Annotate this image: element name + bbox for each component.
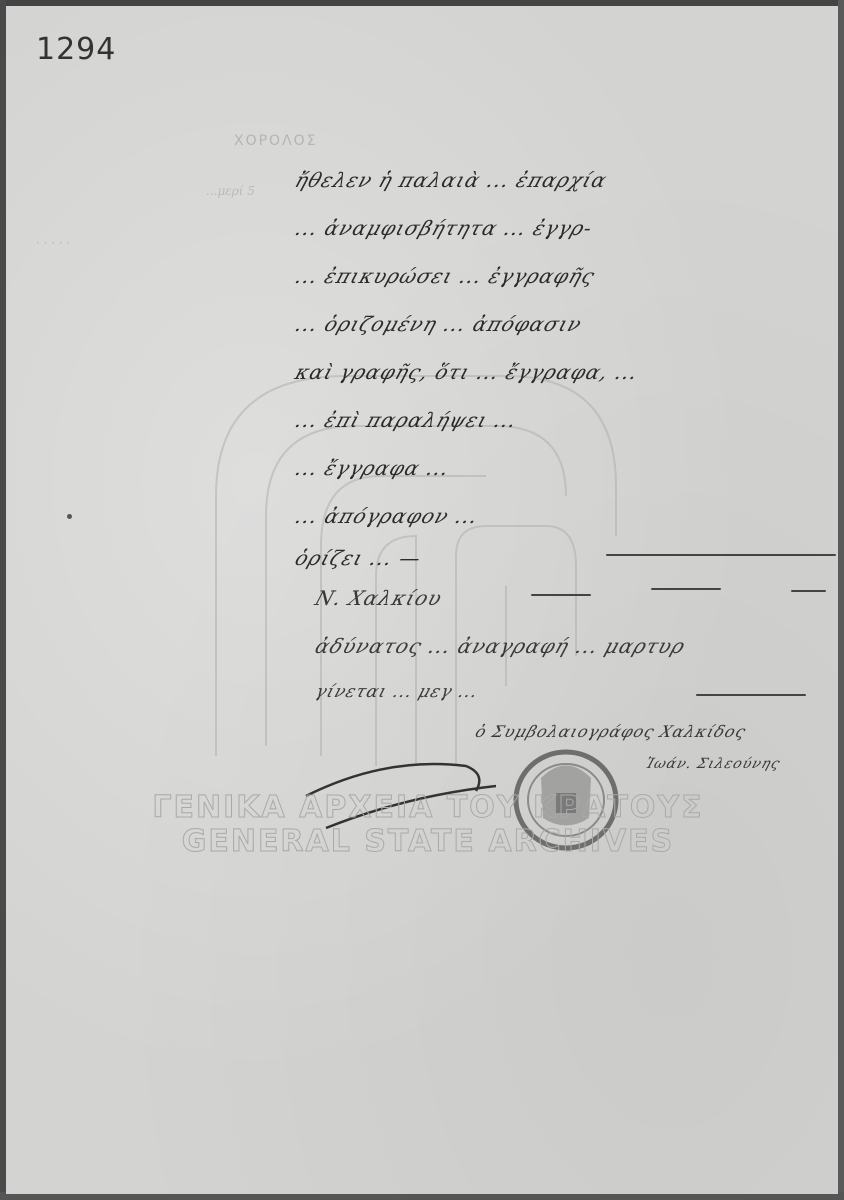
notary-title: ὁ Συμβολαιογράφος Χαλκίδος xyxy=(473,722,749,741)
margin-note: ...μερί 5 xyxy=(206,184,255,198)
watermark-greek: ΓΕΝΙΚΑ ΑΡΧΕΙΑ ΤΟΥ ΚΡΑΤΟΥΣ xyxy=(6,790,844,825)
body-line-2: ... ἀναμφισβήτητα ... ἐγγρ- xyxy=(292,216,596,240)
watermark-english: GENERAL STATE ARCHIVES xyxy=(6,824,844,859)
body-line-7: ... ἔγγραφα ... xyxy=(292,456,453,480)
line-filler-rule xyxy=(606,554,836,556)
body-line-6: ... ἐπὶ παραλήψει ... xyxy=(292,408,521,432)
notary-signature: Ἰωάν. Σιλεούνης xyxy=(643,756,782,772)
dust-speck xyxy=(67,514,72,519)
closing-line-3: γίνεται ... μεγ ... xyxy=(313,682,481,702)
body-line-1: ἤθελεν ἡ παλαιὰ ... ἐπαρχία xyxy=(292,168,610,192)
body-line-8: ... ἀπόγραφον ... xyxy=(292,504,482,528)
filler-rule xyxy=(696,694,806,696)
margin-bleed-text: · · · · · xyxy=(36,236,70,250)
faint-archive-stamp: ΧΟΡΟΛΟΣ xyxy=(234,133,318,149)
filler-rule xyxy=(531,594,591,596)
body-line-9: ὁρίζει ... — xyxy=(292,546,425,570)
body-line-4: ... ὁριζομένη ... ἀπόφασιν xyxy=(292,312,585,336)
body-line-3: ... ἐπικυρώσει ... ἐγγραφῆς xyxy=(292,264,598,288)
filler-rule xyxy=(791,590,826,592)
body-line-5: καὶ γραφῆς, ὅτι ... ἔγγραφα, ... xyxy=(292,360,642,384)
closing-line-2: ἀδύνατος ... ἀναγραφή ... μαρτυρ xyxy=(312,634,689,658)
closing-line-1: Ν. Χαλκίου xyxy=(312,586,446,610)
folio-number: 1294 xyxy=(36,32,116,67)
document-page: 1294 ΧΟΡΟΛΟΣ ...μερί 5 · · · · · ἤθελεν … xyxy=(6,6,838,1194)
filler-rule xyxy=(651,588,721,590)
scan-border-right xyxy=(838,0,844,1200)
